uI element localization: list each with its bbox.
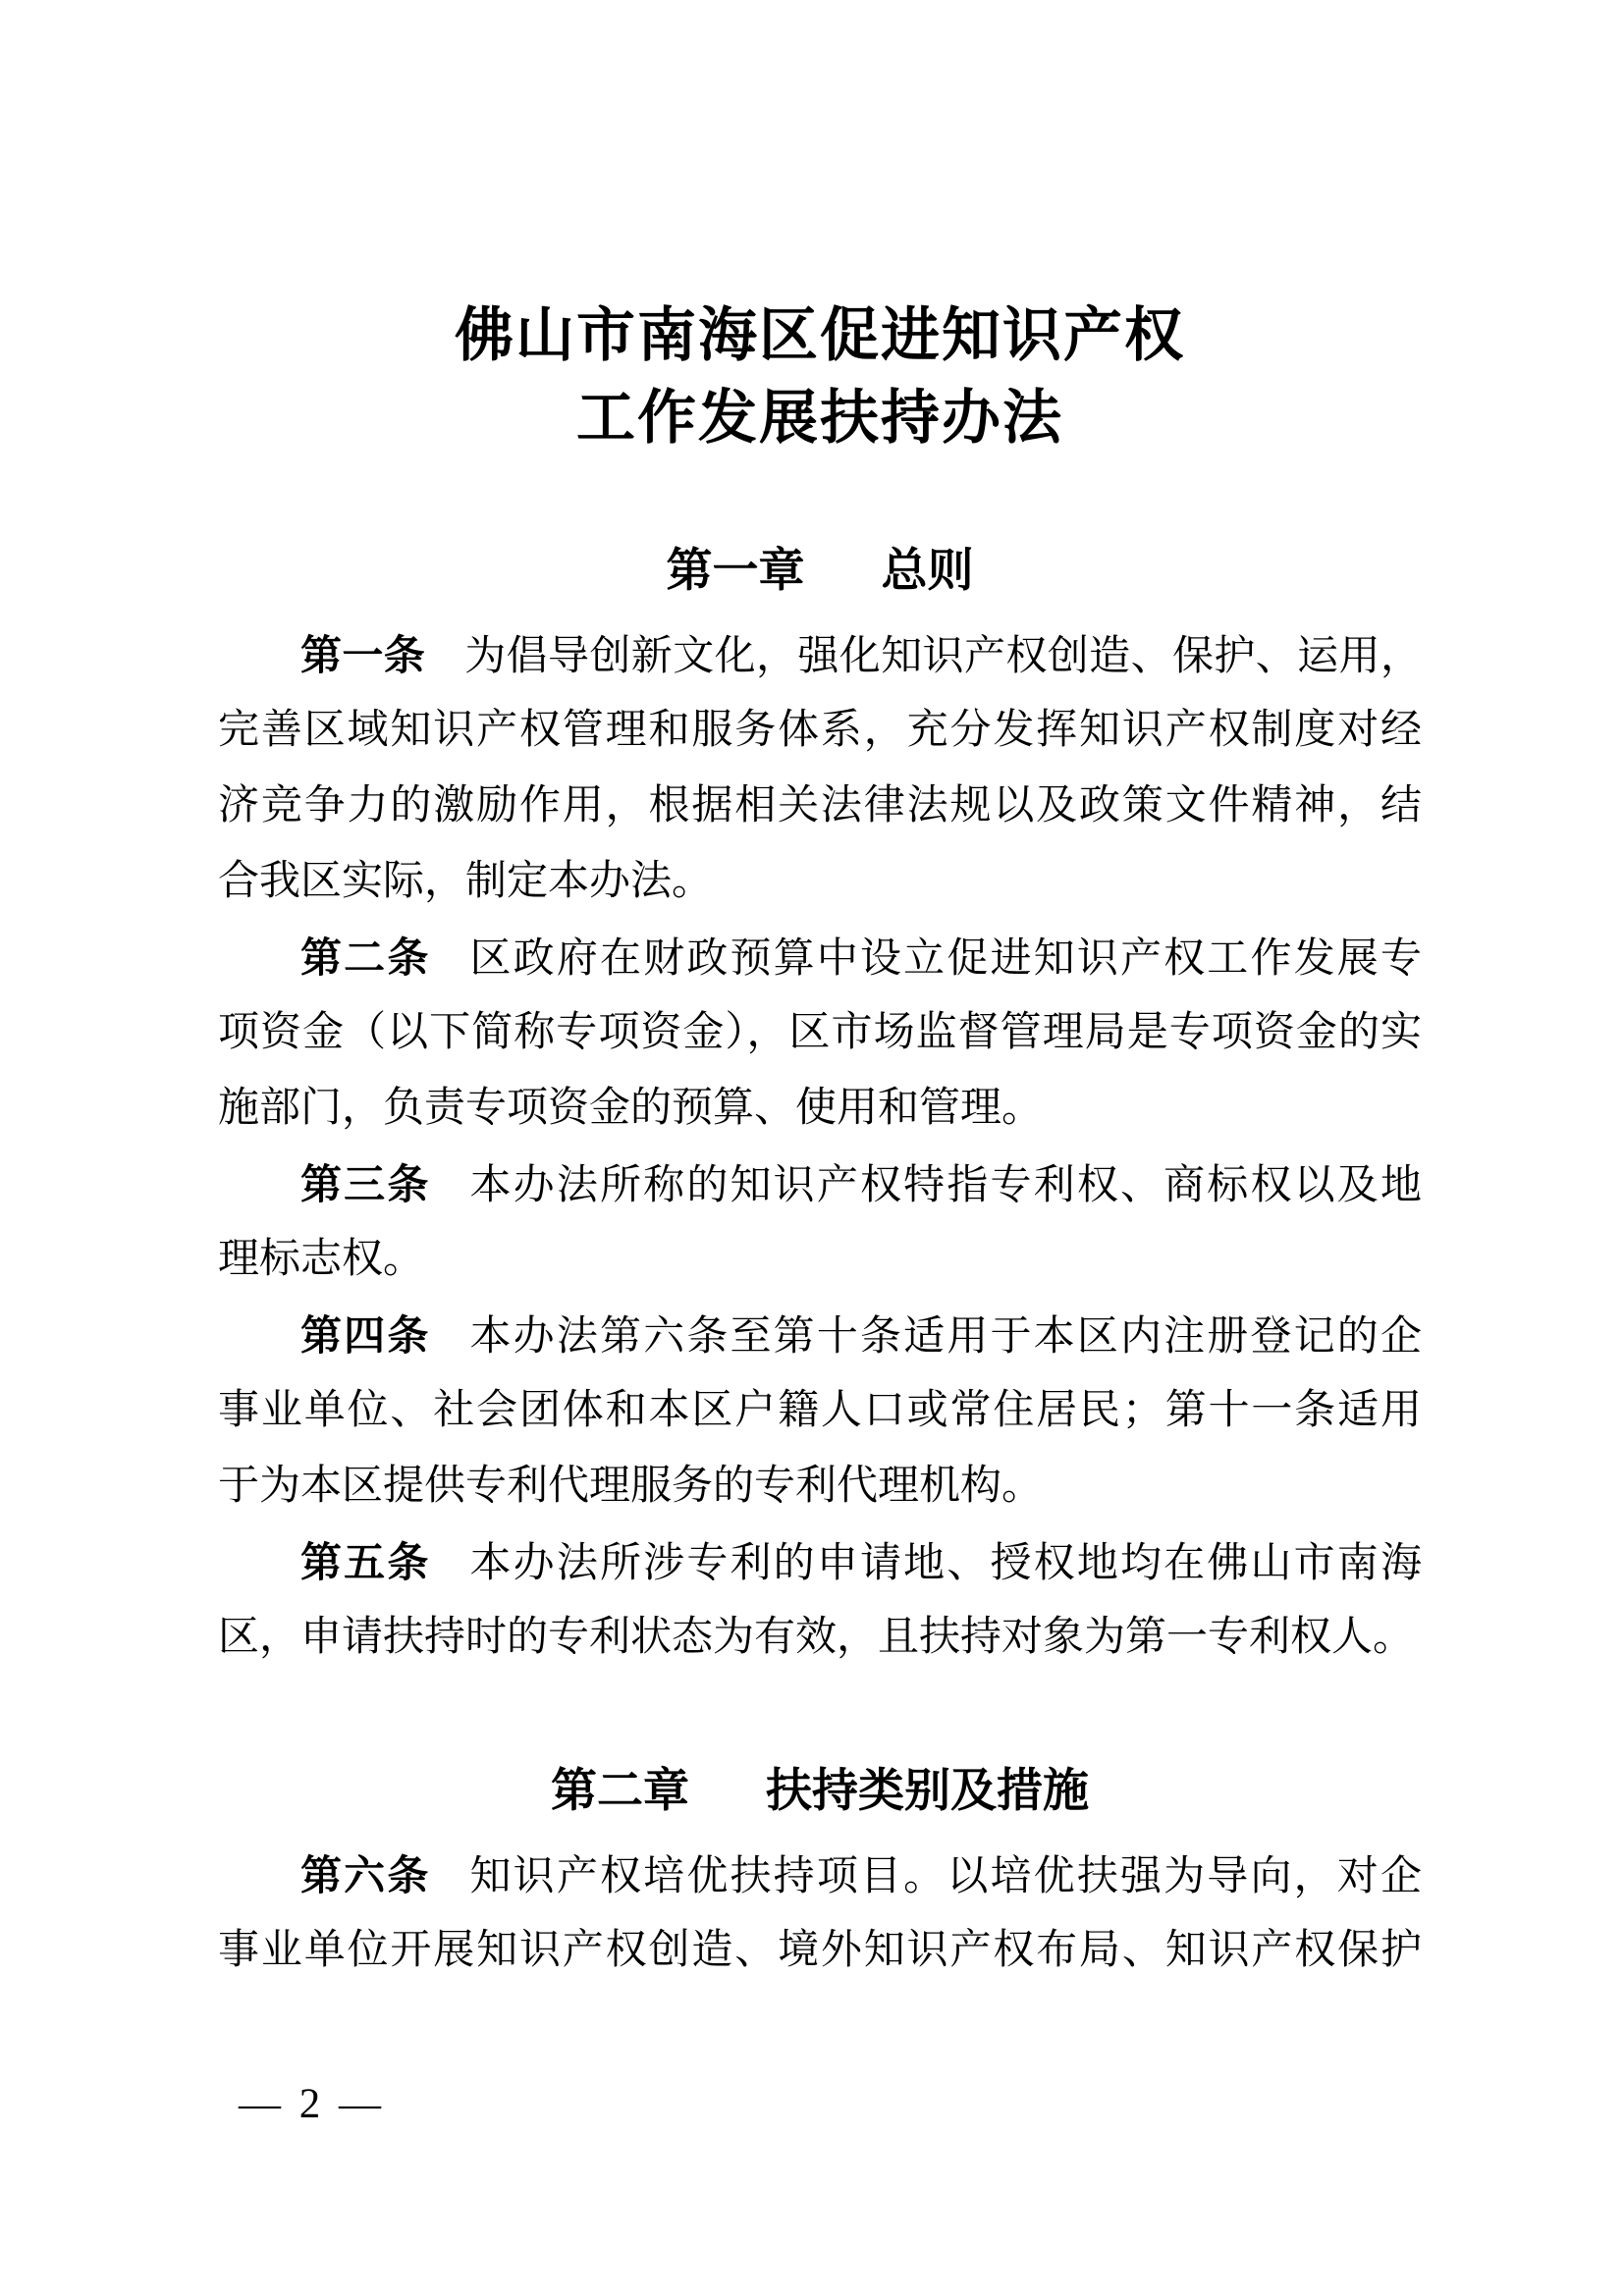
text-line: 合我区实际，制定本办法。	[218, 844, 1422, 920]
chapter-name: 总则	[882, 546, 974, 597]
page-number-footer: — 2 —	[239, 2082, 385, 2127]
text-line: 第六条知识产权培优扶持项目。以培优扶强为导向，对企	[218, 1838, 1422, 1913]
text-line: 第一条为倡导创新文化，强化知识产权创造、保护、运用，	[218, 617, 1422, 693]
text-line: 第三条本办法所称的知识产权特指专利权、商标权以及地	[218, 1147, 1422, 1222]
document-title-line-1: 佛山市南海区促进知识产权	[218, 294, 1422, 377]
text-line: 施部门，负责专项资金的预算、使用和管理。	[218, 1071, 1422, 1147]
text-line: 理标志权。	[218, 1222, 1422, 1298]
text-line: 项资金（以下简称专项资金），区市场监督管理局是专项资金的实	[218, 995, 1422, 1071]
article-paragraph: 第六条知识产权培优扶持项目。以培优扶强为导向，对企事业单位开展知识产权创造、境外…	[218, 1838, 1422, 1989]
article-paragraph: 第一条为倡导创新文化，强化知识产权创造、保护、运用，完善区域知识产权管理和服务体…	[218, 617, 1422, 920]
article-paragraph: 第三条本办法所称的知识产权特指专利权、商标权以及地理标志权。	[218, 1147, 1422, 1298]
document-page: 佛山市南海区促进知识产权 工作发展扶持办法 第一章总则第一条为倡导创新文化，强化…	[0, 0, 1623, 2296]
document-body: 第一章总则第一条为倡导创新文化，强化知识产权创造、保护、运用，完善区域知识产权管…	[218, 543, 1422, 1989]
chapter-heading: 第二章扶持类别及措施	[218, 1763, 1422, 1820]
text-line: 事业单位、社会团体和本区户籍人口或常住居民；第十一条适用	[218, 1373, 1422, 1449]
text-line: 济竞争力的激励作用，根据相关法律法规以及政策文件精神，结	[218, 769, 1422, 844]
text-line: 于为本区提供专利代理服务的专利代理机构。	[218, 1449, 1422, 1524]
article-paragraph: 第二条区政府在财政预算中设立促进知识产权工作发展专项资金（以下简称专项资金），区…	[218, 920, 1422, 1147]
text-line: 事业单位开展知识产权创造、境外知识产权布局、知识产权保护	[218, 1913, 1422, 1989]
chapter-number: 第二章	[551, 1766, 689, 1817]
document-title-line-2: 工作发展扶持办法	[218, 377, 1422, 459]
chapter-number: 第一章	[667, 546, 805, 597]
text-line: 第二条区政府在财政预算中设立促进知识产权工作发展专	[218, 920, 1422, 995]
text-line: 第四条本办法第六条至第十条适用于本区内注册登记的企	[218, 1298, 1422, 1373]
article-label: 第四条	[300, 1312, 431, 1359]
text-line: 第五条本办法所涉专利的申请地、授权地均在佛山市南海	[218, 1524, 1422, 1600]
document-content: 佛山市南海区促进知识产权 工作发展扶持办法 第一章总则第一条为倡导创新文化，强化…	[0, 0, 1623, 1989]
chapter-heading: 第一章总则	[218, 543, 1422, 600]
article-label: 第三条	[300, 1161, 431, 1207]
document-title: 佛山市南海区促进知识产权 工作发展扶持办法	[218, 294, 1422, 459]
article-label: 第六条	[300, 1852, 431, 1898]
article-label: 第五条	[300, 1539, 431, 1585]
text-line: 区，申请扶持时的专利状态为有效，且扶持对象为第一专利权人。	[218, 1600, 1422, 1676]
chapter-name: 扶持类别及措施	[766, 1766, 1089, 1817]
article-paragraph: 第四条本办法第六条至第十条适用于本区内注册登记的企事业单位、社会团体和本区户籍人…	[218, 1298, 1422, 1524]
article-label: 第一条	[300, 632, 425, 678]
article-label: 第二条	[300, 934, 431, 981]
article-paragraph: 第五条本办法所涉专利的申请地、授权地均在佛山市南海区，申请扶持时的专利状态为有效…	[218, 1524, 1422, 1676]
text-line: 完善区域知识产权管理和服务体系，充分发挥知识产权制度对经	[218, 693, 1422, 769]
